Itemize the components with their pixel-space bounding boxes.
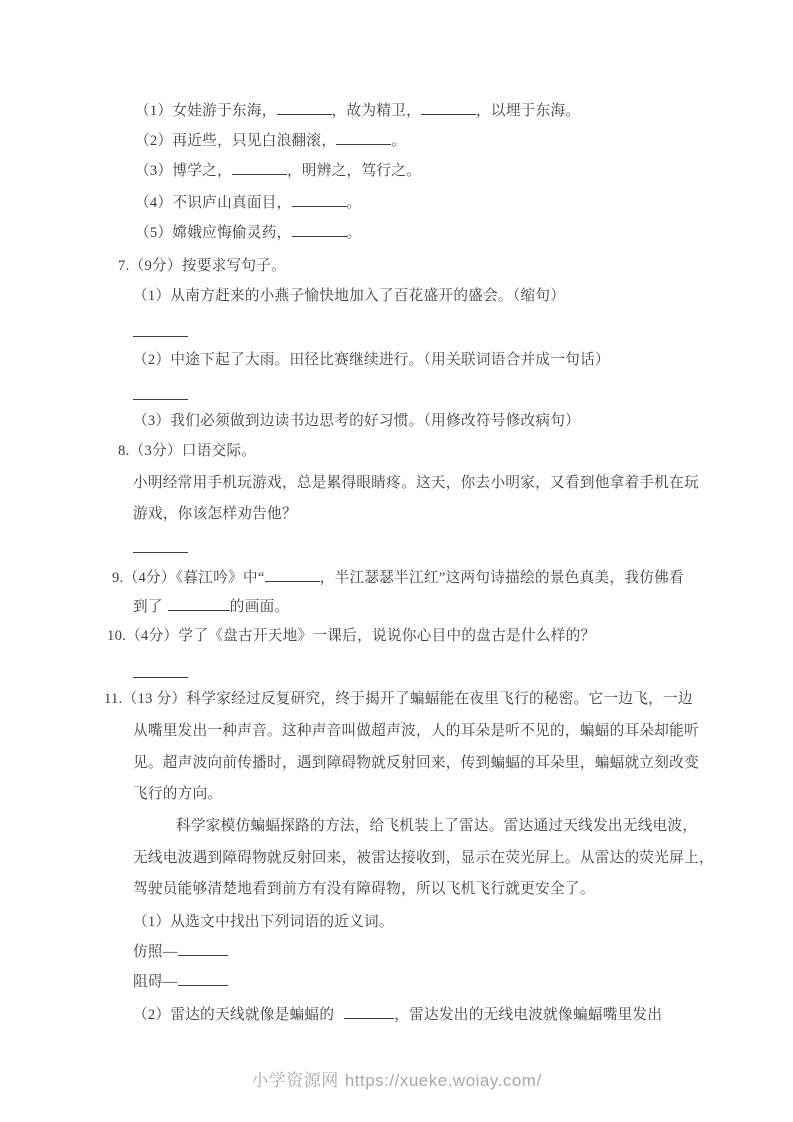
q11-line6-text: 无线电波遇到障碍物就反射回来，被雷达接收到，显示在荧光屏上。从雷达的荧光屏上， (133, 850, 714, 866)
q6-item-1: （1）女娃游于东海，，故为精卫，，以埋于东海。 (135, 101, 580, 121)
q7-sub2: （2）中途下起了大雨。田径比赛继续进行。（用关联词语合并成一句话） (133, 350, 610, 370)
q10-header: 10.（4分）学了《盘古开天地》一课后，说说你心目中的盘古是什么样的？ (107, 626, 595, 646)
q7-header: 7.（9分）按要求写句子。 (118, 256, 286, 276)
q10-answer-line (133, 664, 188, 684)
q11-line3-text: 见。超声波向前传播时，遇到障碍物就反射回来，传到蝙蝠的耳朵里，蝙蝠就立刻改变 (133, 755, 699, 771)
q6-item-1-text-a: （1）女娃游于东海， (135, 103, 277, 119)
answer-blank (133, 664, 188, 678)
fill-blank (265, 568, 320, 582)
q9-line1: 9.（4分）《暮江吟》中“，半江瑟瑟半江红”这两句诗描绘的景色真美，我仿佛看 (112, 568, 684, 588)
q11-sub2-text-b: ，雷达发出的无线电波就像蝙蝠嘴里发出 (394, 1007, 662, 1023)
q6-item-1-text-c: ，以埋于东海。 (476, 103, 580, 119)
q11-sub1: （1）从选文中找出下列词语的近义词。 (133, 912, 394, 932)
q9-text-d: 的画面。 (230, 599, 290, 615)
q9-text-c: 到了 (133, 599, 163, 615)
answer-blank (133, 323, 188, 337)
q11-line1-text: 11.（13 分）科学家经过反复研究，终于揭开了蝙蝠能在夜里飞行的秘密。它一边飞… (104, 691, 693, 707)
q11-sub2: （2）雷达的天线就像是蝙蝠的，雷达发出的无线电波就像蝙蝠嘴里发出 (133, 1005, 662, 1025)
fill-blank (232, 161, 287, 175)
exam-document-page: （1）女娃游于东海，，故为精卫，，以埋于东海。 （2）再近些，只见白浪翻滚，。 … (0, 0, 793, 1122)
q7-sub1: （1）从南方赶来的小燕子愉快地加入了百花盛开的盛会。（缩句） (133, 286, 565, 306)
q6-item-3: （3）博学之，，明辨之，笃行之。 (135, 161, 421, 181)
q7-header-text: 7.（9分）按要求写句子。 (118, 258, 286, 274)
q6-item-2: （2）再近些，只见白浪翻滚，。 (135, 131, 406, 151)
fill-blank (292, 223, 347, 237)
q6-item-5-text-b: 。 (347, 225, 362, 241)
q6-item-4-text-a: （4）不识庐山真面目， (135, 195, 292, 211)
q9-text-a: 9.（4分）《暮江吟》中“ (112, 570, 265, 586)
q11-line6: 无线电波遇到障碍物就反射回来，被雷达接收到，显示在荧光屏上。从雷达的荧光屏上， (133, 848, 714, 868)
fill-blank (178, 972, 228, 986)
q10-header-text: 10.（4分）学了《盘古开天地》一课后，说说你心目中的盘古是什么样的？ (107, 628, 595, 644)
q6-item-5: （5）嫦娥应悔偷灵药，。 (135, 223, 361, 243)
footer: 小学资源网https://xueke.woiay.com/ (0, 1066, 793, 1091)
q9-text-b: ，半江瑟瑟半江红”这两句诗描绘的景色真美，我仿佛看 (320, 570, 684, 586)
q7-sub3-text: （3）我们必须做到边读书边思考的好习惯。（用修改符号修改病句） (133, 413, 580, 429)
q6-item-2-text-a: （2）再近些，只见白浪翻滚， (135, 133, 336, 149)
q9-line2: 到了的画面。 (133, 597, 289, 617)
q11-line3: 见。超声波向前传播时，遇到障碍物就反射回来，传到蝙蝠的耳朵里，蝙蝠就立刻改变 (133, 753, 699, 773)
fill-blank (277, 101, 332, 115)
footer-site-url: https://xueke.woiay.com/ (345, 1071, 542, 1090)
q7-sub2-text: （2）中途下起了大雨。田径比赛继续进行。（用关联词语合并成一句话） (133, 352, 610, 368)
answer-blank (133, 386, 188, 400)
q8-body-line2-text: 游戏，你该怎样劝告他？ (133, 506, 297, 522)
fill-blank (344, 1005, 394, 1019)
q11-line7: 驾驶员能够清楚地看到前方有没有障碍物，所以飞机飞行就更安全了。 (133, 879, 595, 899)
q11-line4: 飞行的方向。 (133, 784, 222, 804)
fill-blank (421, 101, 476, 115)
q8-header: 8.（3分）口语交际。 (118, 441, 256, 461)
q8-answer-line (133, 539, 188, 559)
q8-body-line1: 小明经常用手机玩游戏，总是累得眼睛疼。这天，你去小明家，又看到他拿着手机在玩 (133, 473, 699, 493)
q6-item-4: （4）不识庐山真面目，。 (135, 193, 361, 213)
q11-line4-text: 飞行的方向。 (133, 786, 222, 802)
q11-line2: 从嘴里发出一种声音。这种声音叫做超声波，人的耳朵是听不见的，蝙蝠的耳朵却能听 (133, 721, 699, 741)
answer-blank (133, 539, 188, 553)
q11-line1: 11.（13 分）科学家经过反复研究，终于揭开了蝙蝠能在夜里飞行的秘密。它一边飞… (104, 689, 693, 709)
fill-blank (292, 193, 347, 207)
q11-synonym-1: 仿照— (133, 942, 228, 962)
q8-body-line1-text: 小明经常用手机玩游戏，总是累得眼睛疼。这天，你去小明家，又看到他拿着手机在玩 (133, 475, 699, 491)
footer-site-name: 小学资源网 (251, 1071, 339, 1090)
q11-synonym-1-label: 仿照— (133, 944, 178, 960)
q6-item-3-text-a: （3）博学之， (135, 163, 232, 179)
q8-body-line2: 游戏，你该怎样劝告他？ (133, 504, 297, 524)
q7-sub1-answer-line (133, 323, 188, 343)
q11-line5-text: 科学家模仿蝙蝠探路的方法，给飞机装上了雷达。雷达通过天线发出无线电波， (176, 818, 697, 834)
q7-sub2-answer-line (133, 386, 188, 406)
fill-blank (168, 597, 230, 611)
q11-line2-text: 从嘴里发出一种声音。这种声音叫做超声波，人的耳朵是听不见的，蝙蝠的耳朵却能听 (133, 723, 699, 739)
q11-synonym-2: 阻碍— (133, 972, 228, 992)
q8-header-text: 8.（3分）口语交际。 (118, 443, 256, 459)
fill-blank (178, 942, 228, 956)
q6-item-1-text-b: ，故为精卫， (332, 103, 421, 119)
q6-item-5-text-a: （5）嫦娥应悔偷灵药， (135, 225, 292, 241)
q7-sub1-text: （1）从南方赶来的小燕子愉快地加入了百花盛开的盛会。（缩句） (133, 288, 565, 304)
q6-item-4-text-b: 。 (347, 195, 362, 211)
q11-line7-text: 驾驶员能够清楚地看到前方有没有障碍物，所以飞机飞行就更安全了。 (133, 881, 595, 897)
q6-item-3-text-b: ，明辨之，笃行之。 (287, 163, 421, 179)
q11-synonym-2-label: 阻碍— (133, 974, 178, 990)
q11-sub1-text: （1）从选文中找出下列词语的近义词。 (133, 914, 394, 930)
q7-sub3: （3）我们必须做到边读书边思考的好习惯。（用修改符号修改病句） (133, 411, 580, 431)
fill-blank (336, 131, 391, 145)
q6-item-2-text-b: 。 (391, 133, 406, 149)
q11-sub2-text-a: （2）雷达的天线就像是蝙蝠的 (133, 1007, 334, 1023)
q11-line5: 科学家模仿蝙蝠探路的方法，给飞机装上了雷达。雷达通过天线发出无线电波， (176, 816, 697, 836)
